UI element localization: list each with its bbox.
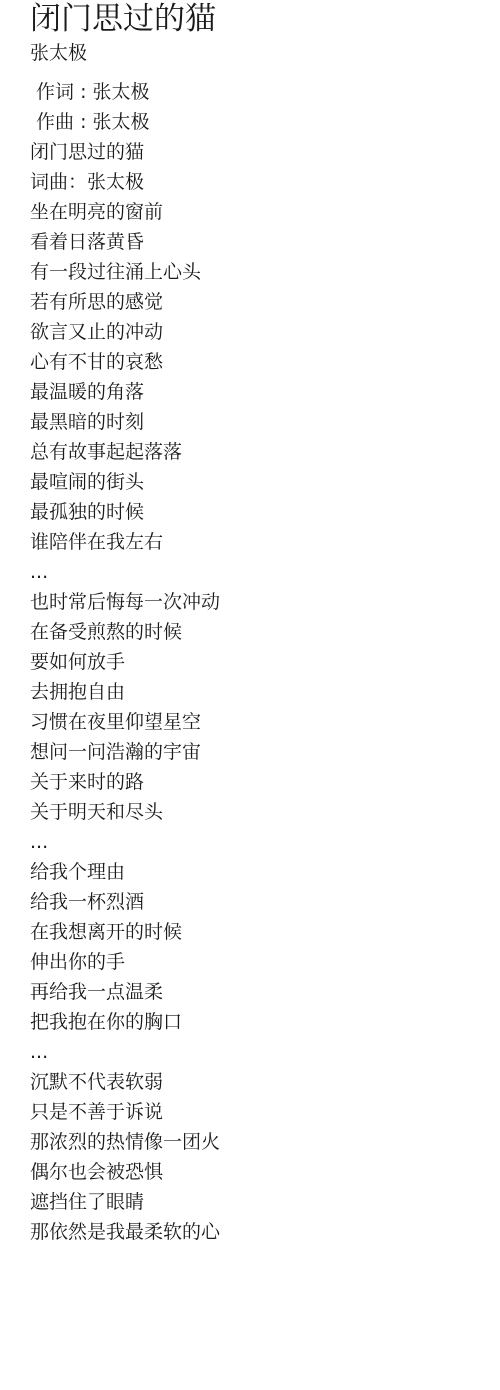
lyric-line: 再给我一点温柔 bbox=[30, 977, 490, 1007]
lyrics-page: 闭门思过的猫 张太极 作词 : 张太极 作曲 : 张太极闭门思过的猫词曲：张太极… bbox=[30, 0, 490, 1247]
lyric-line: 欲言又止的冲动 bbox=[30, 317, 490, 347]
lyric-line: 遮挡住了眼睛 bbox=[30, 1187, 490, 1217]
lyric-line: 最温暖的角落 bbox=[30, 377, 490, 407]
lyric-line: 在备受煎熬的时候 bbox=[30, 617, 490, 647]
lyric-line: 最孤独的时候 bbox=[30, 497, 490, 527]
lyric-line: 习惯在夜里仰望星空 bbox=[30, 707, 490, 737]
lyric-line: 只是不善于诉说 bbox=[30, 1097, 490, 1127]
lyric-line: 看着日落黄昏 bbox=[30, 227, 490, 257]
lyric-line: 想问一问浩瀚的宇宙 bbox=[30, 737, 490, 767]
lyric-line: ... bbox=[30, 557, 490, 587]
lyric-line: 给我个理由 bbox=[30, 857, 490, 887]
lyric-line: 心有不甘的哀愁 bbox=[30, 347, 490, 377]
lyric-line: 要如何放手 bbox=[30, 647, 490, 677]
lyric-line: 把我抱在你的胸口 bbox=[30, 1007, 490, 1037]
lyrics-body: 作词 : 张太极 作曲 : 张太极闭门思过的猫词曲：张太极坐在明亮的窗前看着日落… bbox=[30, 77, 490, 1247]
lyric-line: 词曲：张太极 bbox=[30, 167, 490, 197]
lyric-line: 在我想离开的时候 bbox=[30, 917, 490, 947]
lyric-line: 给我一杯烈酒 bbox=[30, 887, 490, 917]
song-artist: 张太极 bbox=[30, 39, 490, 67]
lyric-line: 作曲 : 张太极 bbox=[30, 107, 490, 137]
lyric-line: 伸出你的手 bbox=[30, 947, 490, 977]
lyric-line: ... bbox=[30, 827, 490, 857]
lyric-line: 关于明天和尽头 bbox=[30, 797, 490, 827]
lyric-line: 若有所思的感觉 bbox=[30, 287, 490, 317]
lyric-line: ... bbox=[30, 1037, 490, 1067]
lyric-line: 坐在明亮的窗前 bbox=[30, 197, 490, 227]
lyric-line: 最喧闹的街头 bbox=[30, 467, 490, 497]
lyric-line: 有一段过往涌上心头 bbox=[30, 257, 490, 287]
lyric-line: 那依然是我最柔软的心 bbox=[30, 1217, 490, 1247]
lyric-line: 闭门思过的猫 bbox=[30, 137, 490, 167]
lyric-line: 关于来时的路 bbox=[30, 767, 490, 797]
lyric-line: 谁陪伴在我左右 bbox=[30, 527, 490, 557]
lyric-line: 最黑暗的时刻 bbox=[30, 407, 490, 437]
lyric-line: 沉默不代表软弱 bbox=[30, 1067, 490, 1097]
lyric-line: 也时常后悔每一次冲动 bbox=[30, 587, 490, 617]
lyric-line: 偶尔也会被恐惧 bbox=[30, 1157, 490, 1187]
lyric-line: 总有故事起起落落 bbox=[30, 437, 490, 467]
song-title: 闭门思过的猫 bbox=[30, 0, 490, 38]
lyric-line: 那浓烈的热情像一团火 bbox=[30, 1127, 490, 1157]
lyric-line: 作词 : 张太极 bbox=[30, 77, 490, 107]
lyric-line: 去拥抱自由 bbox=[30, 677, 490, 707]
